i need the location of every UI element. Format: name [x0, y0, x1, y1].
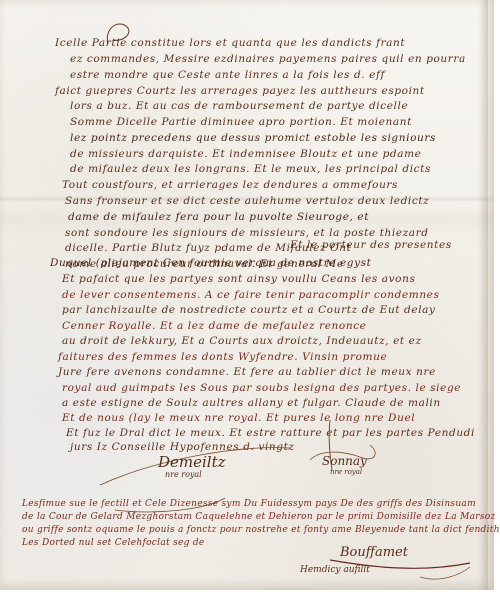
- text-line: Et pafaict que les partyes sont ainsy vo…: [62, 274, 415, 285]
- text-line: Somme Dicelle Partie diminuee apro porti…: [70, 117, 412, 128]
- text-line: royal aud guimpats les Sous par soubs le…: [62, 383, 461, 394]
- marginal-note-line: de la Cour de Gelard Mezghorstam Caquele…: [22, 513, 496, 522]
- manuscript-page: Icelle Partie constitue lors et quanta q…: [0, 0, 494, 590]
- marginal-note-line: Les Dorted nul set Celehfoclat seg de: [22, 539, 205, 548]
- text-line: Icelle Partie constitue lors et quanta q…: [55, 38, 405, 49]
- text-line: dame de mifaulez fera pour la puvolte Si…: [68, 212, 369, 223]
- text-line: par lanchizaulte de nostredicte courtz e…: [62, 305, 436, 316]
- text-line: de lever consentemens. A ce faire tenir …: [62, 290, 439, 301]
- text-line: ez commandes, Messire ezdinaires payemen…: [70, 54, 466, 65]
- signature-left-subscript: nre royal: [165, 470, 202, 479]
- text-line: lez pointz precedens que dessus promict …: [70, 133, 436, 144]
- text-line: lors a buz. Et au cas de ramboursement d…: [70, 101, 408, 112]
- text-line: faitures des femmes les donts Wyfendre. …: [58, 352, 387, 363]
- text-line: sont sondoure les signiours de missieurs…: [65, 228, 429, 239]
- signature-bottom-right-subscript: Hemdicy aufillt: [300, 565, 370, 575]
- text-line: au droit de lekkury, Et a Courts aux dro…: [62, 336, 422, 347]
- marginal-note-line: Lesfimue sue le fectill et Cele Dizeness…: [22, 500, 476, 509]
- text-line: Et le porteur des presentes: [290, 240, 452, 251]
- text-line: Et fuz le Dral dict le meux. Et estre ra…: [66, 428, 475, 439]
- signature-right-subscript: nre royal: [330, 468, 362, 476]
- text-line: a este estigne de Soulz aultres allany e…: [62, 398, 441, 409]
- marginal-note-line: ou griffe sontz oquame le pouis a fonctz…: [22, 526, 500, 535]
- text-line: de missieurs darquiste. Et indemnisee Bl…: [70, 149, 421, 160]
- text-line: Sans fronseur et se dict ceste aulehume …: [65, 196, 429, 207]
- text-line: Tout coustfours, et arrierages lez dendu…: [62, 180, 398, 191]
- signature-left: Demeiltz: [158, 453, 226, 471]
- signature-right: Sonnay: [322, 454, 367, 468]
- text-line: faict guepres Courtz les arrerages payez…: [55, 86, 425, 97]
- text-line: de mifaulez deux les longrans. Et le meu…: [70, 164, 431, 175]
- text-line: Duquel (plejament Cen fournie verqua de …: [50, 258, 371, 269]
- text-line: Jure fere avenons condamne. Et fere au t…: [58, 367, 436, 378]
- page-edge-shadow: [478, 0, 488, 590]
- text-line: Cenner Royalle. Et a lez dame de mefaule…: [62, 321, 367, 332]
- text-line: estre mondre que Ceste ante linres a la …: [70, 70, 385, 81]
